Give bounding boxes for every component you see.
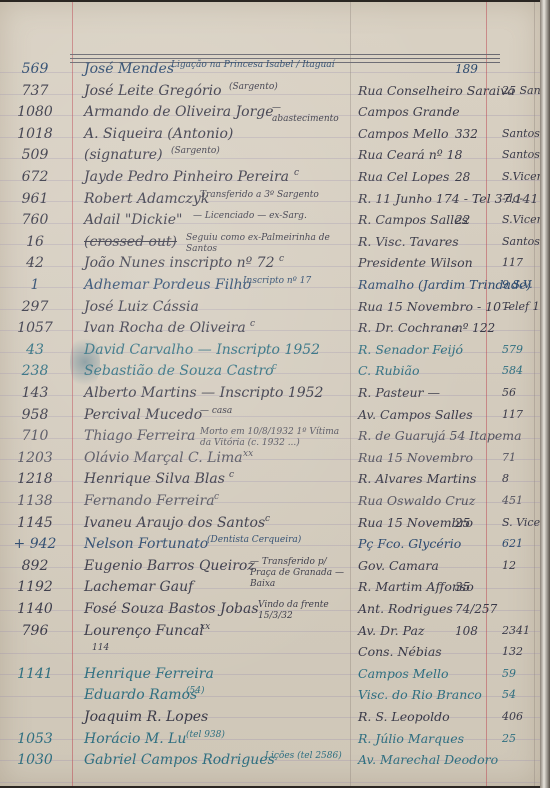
entry-number: 43 xyxy=(6,339,64,361)
entry-address-number: 189 xyxy=(455,58,478,80)
entry-name: Henrique Ferreira xyxy=(84,663,214,685)
entry-address-number: 35 xyxy=(455,576,470,598)
entry-note: (Sargento) xyxy=(229,82,350,93)
entry-name: Robert Adamczyk xyxy=(84,188,209,210)
entry-name: Sebastião de Souza Castro xyxy=(84,360,274,382)
entry-right-column: 25 Santos xyxy=(502,80,540,102)
entry-address: Rua Conselheiro Saraiva xyxy=(358,80,515,102)
entry-address: Rua Oswaldo Cruz xyxy=(358,490,475,512)
entry-right-column: Santos xyxy=(502,123,540,145)
entry-name: Fosé Souza Bastos Jobas xyxy=(84,598,259,620)
entry-number: 1192 xyxy=(6,576,64,598)
entry-number: 1203 xyxy=(6,447,64,469)
ledger-row: 737José Leite Gregório(Sargento)Rua Cons… xyxy=(0,80,540,102)
ledger-row: 1Adhemar Pordeus FilhoInscripto nº 17Ram… xyxy=(0,274,540,296)
entry-number: 238 xyxy=(6,360,64,382)
entry-right-column: 71 xyxy=(502,447,516,469)
header-rule xyxy=(70,54,500,55)
entry-number: 569 xyxy=(6,58,64,80)
entry-right-column: 451 xyxy=(502,490,523,512)
entry-address: Av. Campos Salles xyxy=(358,404,473,426)
entry-name: Ivan Rocha de Oliveira xyxy=(84,317,246,339)
entry-note: (Sargento) xyxy=(171,146,350,157)
entry-name: José Leite Gregório xyxy=(84,80,222,102)
entry-name: Olávio Marçal C. Lima xyxy=(84,447,243,469)
ledger-row: 114Cons. Nébias132 xyxy=(0,641,540,663)
ledger-row: 1203Olávio Marçal C. LimaxxRua 15 Novemb… xyxy=(0,447,540,469)
entry-note: Transferido a 3º Sargento xyxy=(200,190,350,201)
ledger-row: 1141Henrique FerreiraCampos Mello59 xyxy=(0,663,540,685)
entry-note: xx xyxy=(200,622,350,633)
entry-address: R. Dr. Cochrane xyxy=(358,317,459,339)
ledger-row: 1018A. Siqueira (Antonio)Campos Mello332… xyxy=(0,123,540,145)
entry-right-column: S.Vicente xyxy=(502,166,540,188)
entry-right-column: 584 xyxy=(502,360,523,382)
entry-address: Campos Mello xyxy=(358,123,449,145)
entry-number: 958 xyxy=(6,404,64,426)
entry-name: Horácio M. Lu xyxy=(84,728,186,750)
entry-note: c xyxy=(279,254,350,265)
entry-note: Ligação na Princesa Isabel / Itaguaí xyxy=(171,60,350,71)
entry-address: Gov. Camara xyxy=(358,555,439,577)
entry-number: 42 xyxy=(6,252,64,274)
entry-right-column: 56 xyxy=(502,382,516,404)
entry-note: Lições (tel 2586) xyxy=(265,751,350,762)
ledger-row: 569José MendesLigação na Princesa Isabel… xyxy=(0,58,540,80)
entry-note: — abastecimento xyxy=(272,103,350,125)
entry-address-number: 108 xyxy=(455,620,478,642)
entry-name: Alberto Martins — Inscripto 1952 xyxy=(84,382,323,404)
entry-number: 737 xyxy=(6,80,64,102)
entry-note: (Dentista Cerqueira) xyxy=(207,535,350,546)
entry-number: 672 xyxy=(6,166,64,188)
entry-name: João Nunes inscripto nº 72 xyxy=(84,252,275,274)
entry-number: 297 xyxy=(6,296,64,318)
page-binding xyxy=(540,0,550,788)
entry-number: 1 xyxy=(6,274,64,296)
entry-note: (54) xyxy=(186,686,350,697)
entry-right-column: S.Vicente xyxy=(502,209,540,231)
entry-name: Adhemar Pordeus Filho xyxy=(84,274,251,296)
entry-name: Nelson Fortunato xyxy=(84,533,208,555)
entry-right-column: Telef 174 / S. Vicente xyxy=(502,296,540,318)
entry-address-number: 25 xyxy=(455,512,470,534)
entry-note: c xyxy=(229,470,350,481)
entry-note: xx xyxy=(243,449,350,460)
entry-right-column: 9 S.V. xyxy=(502,274,533,296)
entry-address: R. Alvares Martins xyxy=(358,468,476,490)
ledger-row: 238Sebastião de Souza CastrocC. Rubião58… xyxy=(0,360,540,382)
ledger-row: 16(crossed out)Seguiu como ex-Palmeirinh… xyxy=(0,231,540,253)
ledger-row: 143Alberto Martins — Inscripto 1952R. Pa… xyxy=(0,382,540,404)
entry-address: R. Pasteur — xyxy=(358,382,440,404)
entry-name: José Luiz Cássia xyxy=(84,296,199,318)
entry-address: Campos Grande xyxy=(358,101,460,123)
ledger-row: 958Percival Mucedo— casaAv. Campos Salle… xyxy=(0,404,540,426)
entry-right-column: Santos xyxy=(502,231,540,253)
entry-address: Visc. do Rio Branco xyxy=(358,684,482,706)
entry-number: 1057 xyxy=(6,317,64,339)
entry-number: 760 xyxy=(6,209,64,231)
entry-address-number: 28 xyxy=(455,166,470,188)
entry-number: 1138 xyxy=(6,490,64,512)
entry-right-column: Santos xyxy=(502,144,540,166)
entry-address: Pç Fco. Glycério xyxy=(358,533,461,555)
entry-name: José Mendes xyxy=(84,58,174,80)
entry-address: Av. Dr. Paz xyxy=(358,620,425,642)
ledger-row: 961Robert AdamczykTransferido a 3º Sarge… xyxy=(0,188,540,210)
ledger-row: + 942Nelson Fortunato(Dentista Cerqueira… xyxy=(0,533,540,555)
ledger-row: 1053Horácio M. Lu(tel 938)R. Júlio Marqu… xyxy=(0,728,540,750)
entry-number: + 942 xyxy=(6,533,64,555)
entry-address: R. S. Leopoldo xyxy=(358,706,450,728)
entry-number: 1030 xyxy=(6,749,64,771)
entry-number: 710 xyxy=(6,425,64,447)
entry-right-column: 2341 xyxy=(502,620,530,642)
ledger-row: 1080Armando de Oliveira Jorge— abastecim… xyxy=(0,101,540,123)
ledger-row: Joaquim R. LopesR. S. Leopoldo406 xyxy=(0,706,540,728)
entry-right-column: 132 xyxy=(502,641,523,663)
entry-name: Lourenço Funcal xyxy=(84,620,204,642)
entry-number: 892 xyxy=(6,555,64,577)
entry-note: Vindo da frente 15/3/32 xyxy=(258,600,350,622)
entry-number: 961 xyxy=(6,188,64,210)
entry-number: 796 xyxy=(6,620,64,642)
entry-address: R. Visc. Tavares xyxy=(358,231,459,253)
entry-right-column: 59 xyxy=(502,663,516,685)
entry-right-column: 117 xyxy=(502,404,523,426)
ledger-row: 892Eugenio Barros Queiroz— Transferido p… xyxy=(0,555,540,577)
entry-address: Rua 15 Novembro xyxy=(358,447,473,469)
ledger-row: 760Adail "Dickie"— Licenciado — ex-Sarg.… xyxy=(0,209,540,231)
entry-name: Henrique Silva Blas xyxy=(84,468,225,490)
entry-name: Percival Mucedo xyxy=(84,404,202,426)
entry-address: Cons. Nébias xyxy=(358,641,442,663)
entry-right-column: 8 xyxy=(502,468,509,490)
entry-address: Rua Ceará nº 18 xyxy=(358,144,463,166)
entry-right-column: -do- xyxy=(502,188,523,210)
entry-note: c xyxy=(272,362,350,373)
ledger-page: 569José MendesLigação na Princesa Isabel… xyxy=(0,2,540,786)
entry-name: Eduardo Ramos xyxy=(84,684,197,706)
entry-number: 1141 xyxy=(6,663,64,685)
entry-name: (crossed out) xyxy=(84,231,177,253)
entry-name: Thiago Ferreira xyxy=(84,425,195,447)
ledger-row: 1138Fernando FerreiracRua Oswaldo Cruz45… xyxy=(0,490,540,512)
entry-right-column: 117 xyxy=(502,252,523,274)
entry-number: 509 xyxy=(6,144,64,166)
entry-note: — casa xyxy=(200,406,350,417)
entry-number: 1140 xyxy=(6,598,64,620)
entry-address: R. Júlio Marques xyxy=(358,728,464,750)
ruled-line xyxy=(0,782,540,783)
entry-right-column: 579 xyxy=(502,339,523,361)
entry-address: Ant. Rodrigues xyxy=(358,598,453,620)
entry-right-column: 12 xyxy=(502,555,516,577)
ledger-row: 1030Gabriel Campos RodriguesLições (tel … xyxy=(0,749,540,771)
entry-note: c xyxy=(265,514,350,525)
entry-name: Armando de Oliveira Jorge xyxy=(84,101,274,123)
entry-address: R. Senador Feijó xyxy=(358,339,463,361)
ledger-row: 1218Henrique Silva BlascR. Alvares Marti… xyxy=(0,468,540,490)
entry-address-number: 22 xyxy=(455,209,470,231)
entry-address: Rua 15 Novembro - 10 - xyxy=(358,296,509,318)
ledger-row: 297José Luiz CássiaRua 15 Novembro - 10 … xyxy=(0,296,540,318)
entry-number: 16 xyxy=(6,231,64,253)
entry-right-column: 621 xyxy=(502,533,523,555)
ledger-row: 796Lourenço FuncalxxAv. Dr. Paz1082341 xyxy=(0,620,540,642)
ledger-row: 710Thiago FerreiraMorto em 10/8/1932 1º … xyxy=(0,425,540,447)
entry-name: Ivaneu Araujo dos Santos xyxy=(84,512,265,534)
ledger-row: Eduardo Ramos(54)Visc. do Rio Branco54 xyxy=(0,684,540,706)
ledger-row: 1057Ivan Rocha de OliveiracR. Dr. Cochra… xyxy=(0,317,540,339)
entry-number: 1018 xyxy=(6,123,64,145)
entry-note: c xyxy=(294,168,350,179)
entry-name: Jayde Pedro Pinheiro Pereira xyxy=(84,166,289,188)
ledger-row: 1140Fosé Souza Bastos JobasVindo da fren… xyxy=(0,598,540,620)
entry-address: Rua Cel Lopes xyxy=(358,166,449,188)
ledger-row: 509(signature)(Sargento)Rua Ceará nº 18S… xyxy=(0,144,540,166)
entry-address-number: 332 xyxy=(455,123,478,145)
entry-name: Lachemar Gauf xyxy=(84,576,193,598)
ledger-row: 672Jayde Pedro Pinheiro PereiracRua Cel … xyxy=(0,166,540,188)
entry-name: (signature) xyxy=(84,144,163,166)
ledger-row: 1192Lachemar GaufR. Martim Affonso35 xyxy=(0,576,540,598)
entry-note: c xyxy=(214,492,350,503)
ledger-row: 42João Nunes inscripto nº 72cPresidente … xyxy=(0,252,540,274)
entry-address: Campos Mello xyxy=(358,663,449,685)
entry-address-number: nº 122 xyxy=(455,317,495,339)
ledger-row: 43David Carvalho — Inscripto 1952R. Sena… xyxy=(0,339,540,361)
entry-note: Morto em 10/8/1932 1º Vítima da Vitória … xyxy=(200,427,350,449)
entry-name: A. Siqueira (Antonio) xyxy=(84,123,233,145)
entry-address: Av. Marechal Deodoro xyxy=(358,749,498,771)
ledger-row: 1145Ivaneu Araujo dos SantoscRua 15 Nove… xyxy=(0,512,540,534)
entry-note: (tel 938) xyxy=(186,730,350,741)
entry-number: 143 xyxy=(6,382,64,404)
entry-name: David Carvalho — Inscripto 1952 xyxy=(84,339,320,361)
entry-number: 1053 xyxy=(6,728,64,750)
entry-number: 1218 xyxy=(6,468,64,490)
entry-name: Gabriel Campos Rodrigues xyxy=(84,749,275,771)
entry-note: c xyxy=(250,319,350,330)
entry-address-number: 74/257 xyxy=(455,598,497,620)
entry-right-column: 406 xyxy=(502,706,523,728)
entry-name: Joaquim R. Lopes xyxy=(84,706,208,728)
entry-name: Adail "Dickie" xyxy=(84,209,183,231)
entry-address: R. Campos Salles xyxy=(358,209,468,231)
entry-note: Inscripto nº 17 xyxy=(243,276,350,287)
entry-address: C. Rubião xyxy=(358,360,420,382)
entry-number: 1080 xyxy=(6,101,64,123)
entry-number: 1145 xyxy=(6,512,64,534)
entry-address: R. de Guarujá 54 Itapema xyxy=(358,425,522,447)
entry-right-column: 54 xyxy=(502,684,516,706)
entry-name: Fernando Ferreira xyxy=(84,490,215,512)
entry-right-column: S. Vicente xyxy=(502,512,540,534)
entry-address: Presidente Wilson xyxy=(358,252,473,274)
entry-name: Eugenio Barros Queiroz xyxy=(84,555,255,577)
entry-note: 114 xyxy=(92,643,350,654)
entry-note: — Licenciado — ex-Sarg. xyxy=(193,211,350,222)
entry-right-column: 25 xyxy=(502,728,516,750)
